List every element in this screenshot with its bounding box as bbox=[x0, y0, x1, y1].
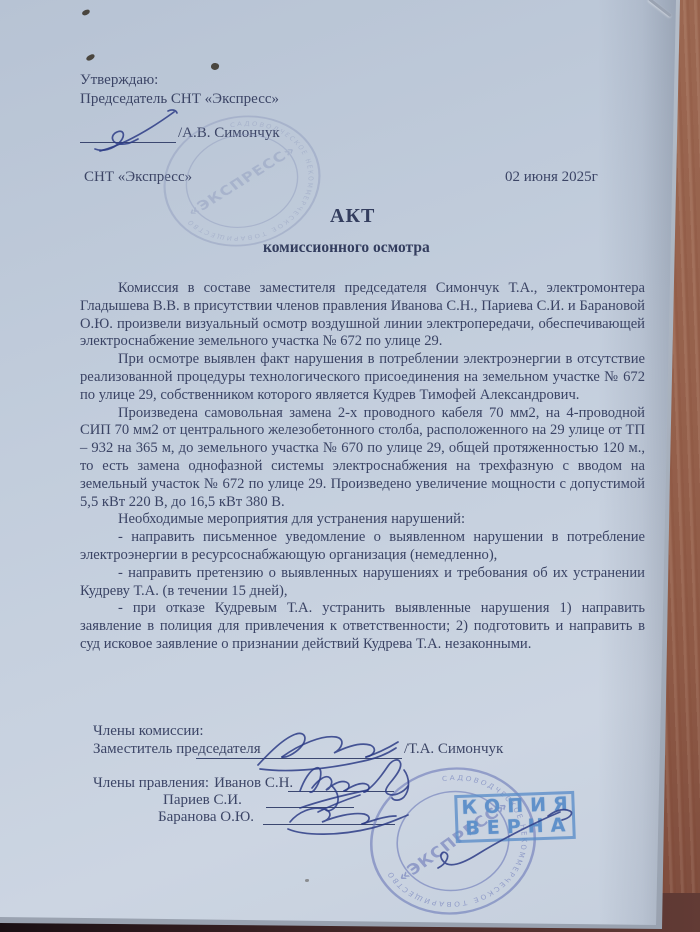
board-member-3: Баранова О.Ю. bbox=[158, 809, 254, 826]
dirt-speck bbox=[305, 879, 309, 882]
document-body: Комиссия в составе заместителя председат… bbox=[80, 280, 645, 654]
photo-of-document: { "document": { "approval_label": "Утвер… bbox=[0, 0, 700, 932]
approval-signature-line bbox=[80, 128, 176, 143]
document-page: Утверждаю: Председатель СНТ «Экспресс» /… bbox=[0, 0, 700, 932]
board-signature-line-3 bbox=[263, 810, 395, 825]
dirt-speck bbox=[210, 62, 219, 70]
org-name: СНТ «Экспресс» bbox=[84, 169, 192, 186]
board-member-1: Иванов С.Н. bbox=[214, 775, 293, 791]
document-date: 02 июня 2025г bbox=[505, 169, 598, 186]
copy-verified-stamp: КОПИЯ ВЕРНА bbox=[454, 791, 576, 843]
commission-heading: Члены комиссии: bbox=[93, 723, 204, 740]
board-signature-line-2 bbox=[266, 793, 354, 808]
seal-center-text: «ЭКСПРЕСС» bbox=[185, 142, 300, 219]
board-signature-line-1 bbox=[288, 777, 394, 792]
paragraph-3: Произведена самовольная замена 2-х прово… bbox=[80, 405, 645, 512]
measure-item-1: - направить письменное уведомление о выя… bbox=[80, 529, 645, 565]
dirt-speck bbox=[81, 9, 90, 16]
board-row-1: Члены правления:Иванов С.Н. bbox=[93, 775, 298, 792]
board-label: Члены правления: bbox=[93, 775, 209, 791]
copy-stamp-line2: ВЕРНА bbox=[465, 815, 573, 840]
document-title: АКТ bbox=[330, 205, 375, 228]
paragraph-2: При осмотре выявлен факт нарушения в пот… bbox=[80, 351, 645, 404]
paragraph-1: Комиссия в составе заместителя председат… bbox=[80, 280, 645, 351]
approver-title: Председатель СНТ «Экспресс» bbox=[80, 91, 279, 108]
document-subtitle: комиссионного осмотра bbox=[263, 239, 430, 257]
board-member-2: Париев С.И. bbox=[163, 792, 242, 809]
measure-item-2: - направить претензию о выявленных наруш… bbox=[80, 565, 645, 601]
deputy-signature-line bbox=[196, 744, 402, 759]
measures-heading: Необходимые мероприятия для устранения н… bbox=[80, 511, 645, 529]
approval-label: Утверждаю: bbox=[80, 72, 158, 89]
approver-name: /А.В. Симончук bbox=[178, 125, 280, 142]
measure-item-3: - при отказе Кудревым Т.А. устранить выя… bbox=[80, 600, 645, 653]
deputy-name: /Т.А. Симончук bbox=[404, 741, 503, 758]
dirt-speck bbox=[85, 53, 95, 61]
